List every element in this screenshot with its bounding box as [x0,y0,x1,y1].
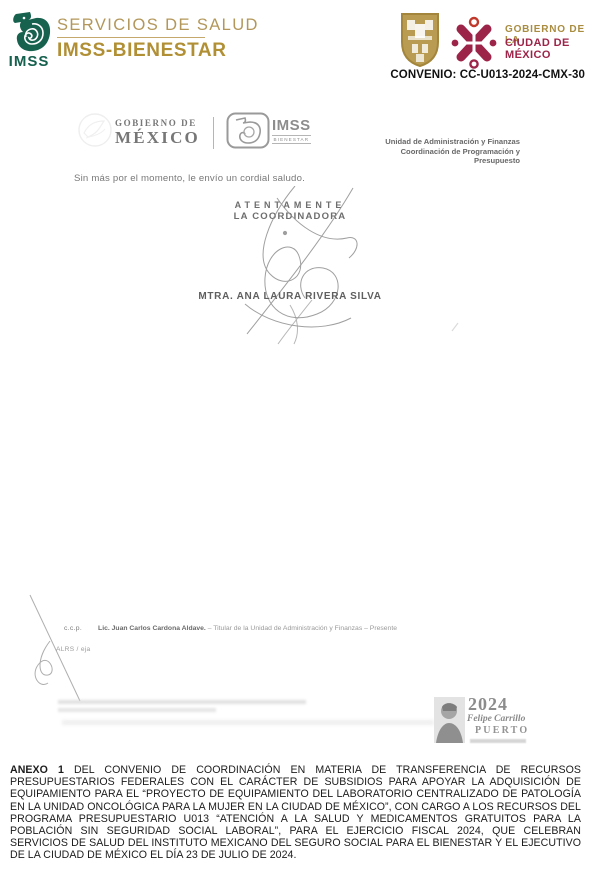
imss-scan-wordmark: IMSS BIENESTAR [272,117,311,144]
ccp-line: c.c.p.Lic. Juan Carlos Cardona Aldave. –… [64,625,397,632]
department-block: Unidad de Administración y Finanzas Coor… [360,137,520,166]
dept-line-2: Coordinación de Programación y [360,147,520,157]
ccp-label: c.c.p. [64,625,82,632]
stamp-name-caps: PUERTO [475,725,529,736]
imss-bienestar-label: IMSS-BIENESTAR [57,40,227,62]
anexo-body-text: DEL CONVENIO DE COORDINACIÓN EN MATERIA … [10,764,581,861]
letterhead-divider [213,117,214,149]
document-page: IMSS SERVICIOS DE SALUD IMSS-BIENESTAR [0,0,590,882]
imss-acronym-label: IMSS [6,53,52,70]
mexico-label: MÉXICO [115,128,200,148]
ccp-recipient-name: Lic. Juan Carlos Cardona Aldave. [98,625,206,632]
ciudad-de-mexico-label: CIUDAD DE MÉXICO [505,37,590,61]
bienestar-scan-label: BIENESTAR [272,135,311,144]
gold-divider [57,37,205,38]
stamp-fine-print [470,739,526,743]
faint-mark [450,319,460,329]
imss-bienestar-scan-logo-icon [226,112,270,155]
anexo-number: ANEXO 1 [10,764,64,776]
dept-line-1: Unidad de Administración y Finanzas [360,137,520,147]
imss-scan-label: IMSS [272,117,311,134]
stamp-year: 2024 [468,694,508,715]
illegible-address-line [58,708,216,712]
stamp-name-script: Felipe Carrillo [467,714,525,724]
portrait-icon [434,697,465,743]
ccp-recipient-title: – Titular de la Unidad de Administración… [206,625,397,632]
cdmx-logo-icon [447,13,501,69]
reference-initials: ALRS / eja [56,646,91,653]
servicios-de-salud-label: SERVICIOS DE SALUD [57,16,259,35]
cdmx-shield-icon [400,12,440,68]
dept-line-3: Presupuesto [360,156,520,166]
felipe-carrillo-puerto-stamp: 2024 Felipe Carrillo PUERTO [434,694,564,748]
illegible-footer-smudge [62,720,434,725]
anexo-paragraph: ANEXO 1 DEL CONVENIO DE COORDINACIÓN EN … [10,764,581,862]
salutation-text: Sin más por el momento, le envío un cord… [74,173,305,184]
signature-tail-scribble [270,300,330,345]
convenio-number: CONVENIO: CC-U013-2024-CMX-30 [390,69,585,81]
gobierno-de-label: GOBIERNO DE [115,118,200,128]
gob-mx-eagle-watermark-icon [76,111,114,149]
gobierno-de-mexico-wordmark: GOBIERNO DE MÉXICO [115,118,200,148]
illegible-address-line [58,700,306,704]
imss-eagle-icon [10,11,52,55]
